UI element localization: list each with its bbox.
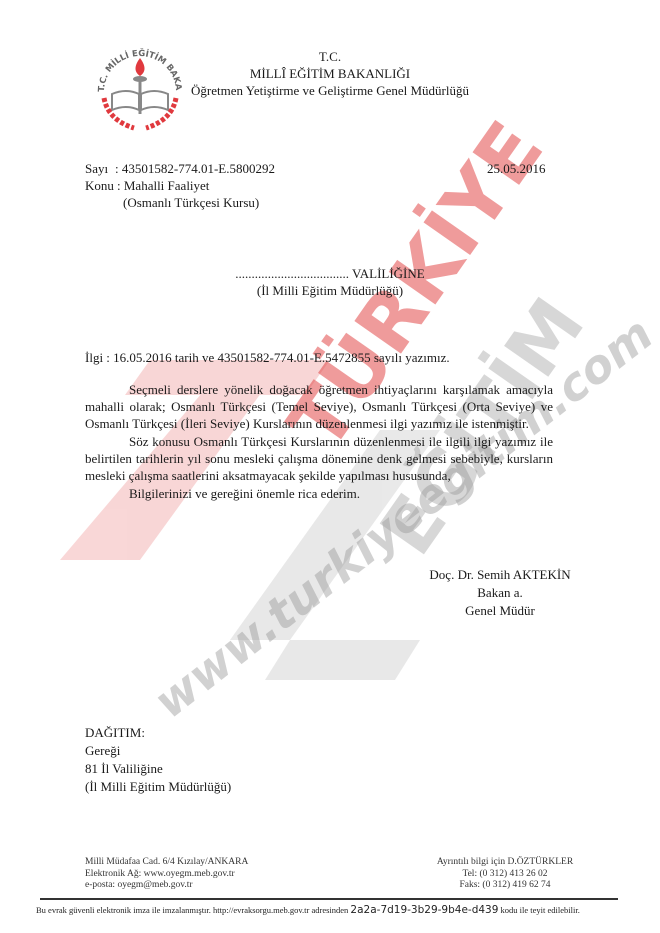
footer-fax: Faks: (0 312) 419 62 74: [430, 880, 580, 892]
watermark-url: www.turkiyeegitim.com: [144, 306, 660, 728]
konu-subtitle: (Osmanlı Türkçesi Kursu): [123, 194, 259, 211]
konu-value: : Mahalli Faaliyet: [117, 178, 209, 193]
signatory-title: Genel Müdür: [420, 602, 580, 620]
document-date: 25.05.2016: [487, 160, 546, 177]
body-paragraph: Seçmeli derslere yönelik doğacak öğretme…: [85, 381, 553, 432]
verify-suffix: kodu ile teyit edilebilir.: [501, 905, 580, 915]
distribution-block: DAĞITIM: Gereği 81 İl Valiliğine (İl Mil…: [85, 724, 231, 796]
header-tc: T.C.: [190, 48, 470, 65]
verify-code: 2a2a-7d19-3b29-9b4e-d439: [350, 904, 498, 916]
distribution-line: 81 İl Valiliğine: [85, 760, 231, 778]
footer-address-line: Milli Müdafaa Cad. 6/4 Kızılay/ANKARA: [85, 857, 248, 869]
footer-email: e-posta: oyegm@meb.gov.tr: [85, 880, 248, 892]
distribution-title: DAĞITIM:: [85, 724, 231, 742]
recipient-sub: (İl Milli Eğitim Müdürlüğü): [200, 282, 460, 299]
recipient-line: ................................... VALİ…: [200, 265, 460, 282]
e-signature-notice: Bu evrak güvenli elektronik imza ile imz…: [36, 904, 580, 916]
header-directorate: Öğretmen Yetiştirme ve Geliştirme Genel …: [190, 82, 470, 99]
meb-logo-icon: T.C. MİLLİ EĞİTİM BAKANLIĞI: [90, 36, 190, 136]
distribution-line: (İl Milli Eğitim Müdürlüğü): [85, 778, 231, 796]
signature-block: Doç. Dr. Semih AKTEKİN Bakan a. Genel Mü…: [420, 566, 580, 620]
body-closing: Bilgilerinizi ve gereğini önemle rica ed…: [85, 485, 553, 502]
sayi-label: Sayı: [85, 160, 115, 177]
footer-divider: [40, 898, 618, 900]
sayi-value: : 43501582-774.01-E.5800292: [115, 161, 275, 176]
ilgi-reference: İlgi : 16.05.2016 tarih ve 43501582-774.…: [85, 349, 450, 366]
konu-label: Konu: [85, 177, 117, 194]
signatory-role: Bakan a.: [420, 584, 580, 602]
header-ministry: MİLLÎ EĞİTİM BAKANLIĞI: [190, 65, 470, 82]
distribution-line: Gereği: [85, 742, 231, 760]
footer-phone: Tel: (0 312) 413 26 02: [430, 869, 580, 881]
footer-contact: Ayrıntılı bilgi için D.ÖZTÜRKLER Tel: (0…: [430, 857, 580, 892]
letter-body: Seçmeli derslere yönelik doğacak öğretme…: [85, 381, 553, 502]
signatory-name: Doç. Dr. Semih AKTEKİN: [420, 566, 580, 584]
body-paragraph: Söz konusu Osmanlı Türkçesi Kurslarının …: [85, 433, 553, 484]
konu-row: Konu: Mahalli Faaliyet: [85, 177, 209, 194]
sayi-row: Sayı: 43501582-774.01-E.5800292: [85, 160, 275, 177]
footer-contact-person: Ayrıntılı bilgi için D.ÖZTÜRKLER: [430, 857, 580, 869]
footer-address: Milli Müdafaa Cad. 6/4 Kızılay/ANKARA El…: [85, 857, 248, 892]
footer-website: Elektronik Ağ: www.oyegm.meb.gov.tr: [85, 869, 248, 881]
verify-prefix: Bu evrak güvenli elektronik imza ile imz…: [36, 905, 348, 915]
